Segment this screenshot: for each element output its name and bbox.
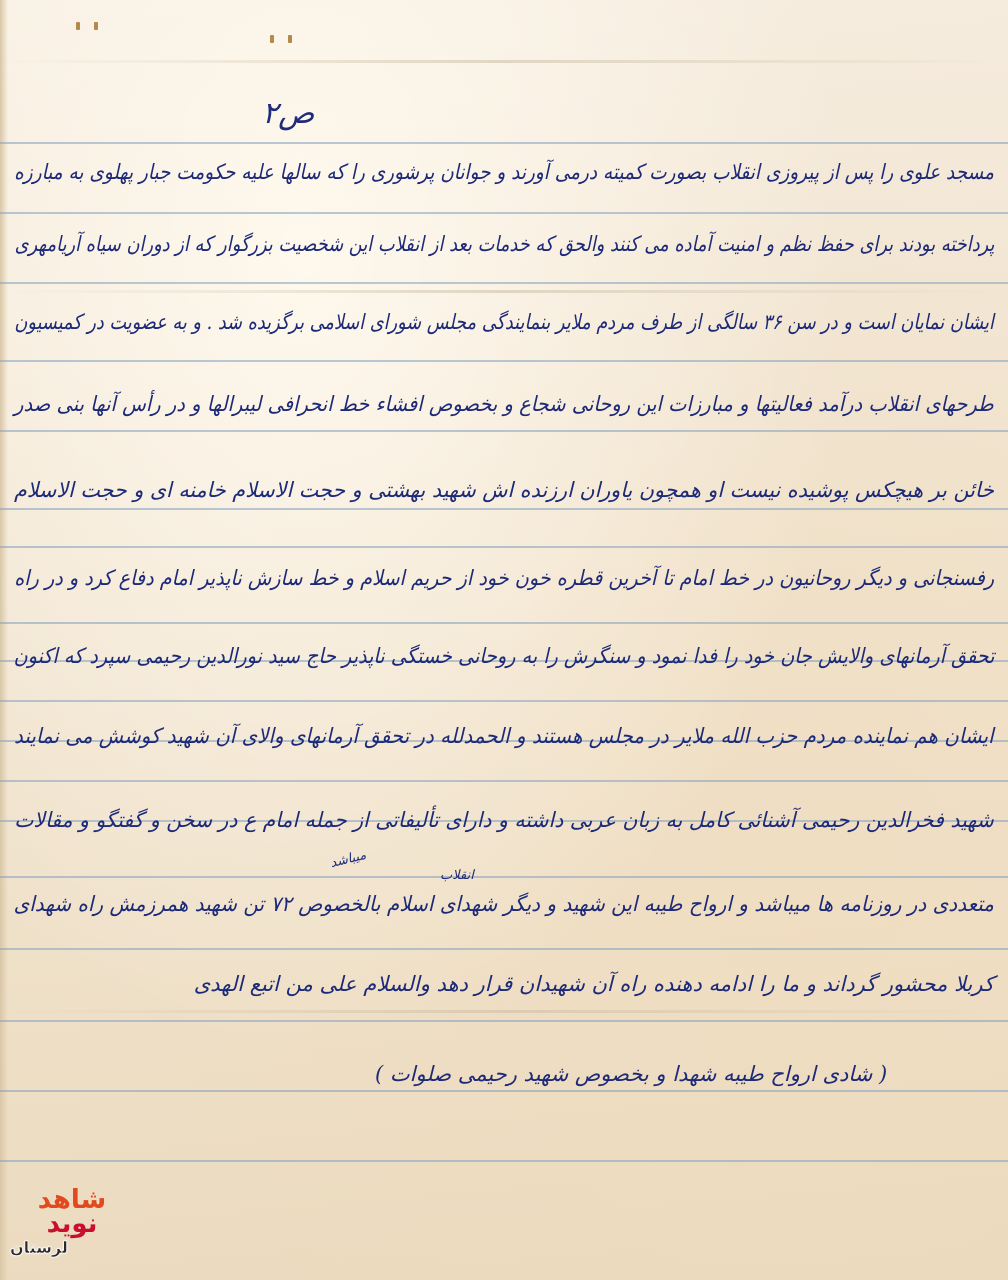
paper-crease [0, 290, 1008, 293]
ruled-line [0, 1090, 1008, 1092]
watermark-logo: شاهد نوید لرستان [6, 1188, 116, 1268]
text-line-4: طرحهای انقلاب درآمد فعالیتها و مبارزات ا… [15, 392, 994, 416]
ruled-line [0, 546, 1008, 548]
staple-mark [94, 22, 98, 30]
ruled-line [0, 212, 1008, 214]
page-number: ص۲ [262, 96, 314, 131]
ruled-line [0, 1160, 1008, 1162]
text-line-9: شهید فخرالدین رحیمی آشنائی کامل به زبان … [14, 808, 994, 832]
text-line-8: ایشان هم نماینده مردم حزب الله ملایر در … [14, 724, 994, 748]
ruled-line [0, 948, 1008, 950]
paper-edge [0, 0, 8, 1280]
ruled-line [0, 876, 1008, 878]
logo-subtitle: لرستان [10, 1238, 68, 1257]
staple-mark [270, 35, 274, 43]
ruled-line [0, 282, 1008, 284]
ruled-line [0, 1020, 1008, 1022]
ruled-line [0, 508, 1008, 510]
logo-line-2: نوید [28, 1212, 116, 1236]
ruled-line [0, 360, 1008, 362]
logo-wordmark: شاهد نوید [28, 1188, 116, 1236]
ruled-line [0, 780, 1008, 782]
staple-mark [288, 35, 292, 43]
closing-line: ( شادی ارواح طیبه شهدا و بخصوص شهید رحیم… [375, 1062, 887, 1086]
inline-insertion: میباشد [329, 848, 368, 871]
letter-page: ص۲ مسجد علوی را پس از پیروزی انقلاب بصور… [0, 0, 1008, 1280]
text-line-3: ایشان نمایان است و در سن ۳۶ سالگی از طرف… [15, 310, 994, 334]
text-line-7: تحقق آرمانهای والایش جان خود را فدا نمود… [13, 644, 994, 668]
text-line-6: رفسنجانی و دیگر روحانیون در خط امام تا آ… [14, 566, 994, 590]
ruled-line [0, 622, 1008, 624]
ruled-line [0, 700, 1008, 702]
paper-crease [0, 1010, 1008, 1013]
inline-insertion: انقلاب [440, 868, 474, 883]
ruled-line [0, 142, 1008, 144]
staple-mark [76, 22, 80, 30]
text-line-5: خائن بر هیچکس پوشیده نیست او همچون یاورا… [14, 478, 994, 502]
text-line-2: پرداخته بودند برای حفظ نظم و امنیت آماده… [14, 232, 994, 256]
text-line-11: کربلا محشور گرداند و ما را ادامه دهنده ر… [194, 972, 994, 996]
ruled-line [0, 430, 1008, 432]
text-line-10: متعددی در روزنامه ها میباشد و ارواح طیبه… [14, 892, 994, 916]
text-line-1: مسجد علوی را پس از پیروزی انقلاب بصورت ک… [14, 160, 994, 184]
paper-crease [0, 60, 1008, 63]
